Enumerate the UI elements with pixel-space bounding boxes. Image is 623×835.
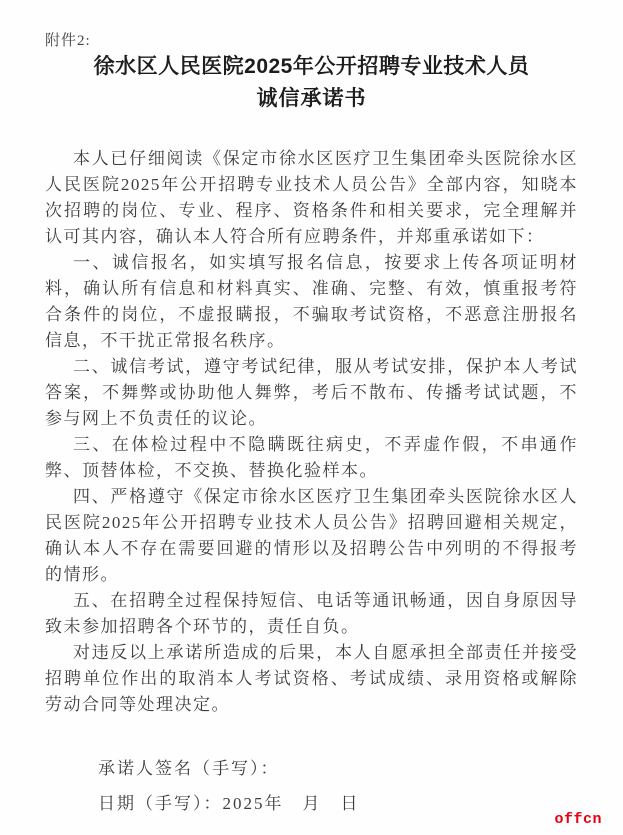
paragraph-intro: 本人已仔细阅读《保定市徐水区医疗卫生集团牵头医院徐水区人民医院2025年公开招聘… — [45, 146, 578, 250]
paragraph-item-2: 二、诚信考试，遵守考试纪律，服从考试安排，保护本人考试答案，不舞弊或协助他人舞弊… — [45, 354, 578, 432]
signature-date-label: 日期（手写）：2025年 月 日 — [98, 793, 360, 815]
document-body: 本人已仔细阅读《保定市徐水区医疗卫生集团牵头医院徐水区人民医院2025年公开招聘… — [45, 146, 578, 718]
paragraph-item-1: 一、诚信报名，如实填写报名信息，按要求上传各项证明材料，确认所有信息和材料真实、… — [45, 250, 578, 354]
paragraph-item-5: 五、在招聘全过程保持短信、电话等通讯畅通，因自身原因导致未参加招聘各个环节的，责… — [45, 588, 578, 640]
signature-block: 承诺人签名（手写）： 日期（手写）：2025年 月 日 — [98, 758, 360, 815]
offcn-logo: offcn — [554, 811, 602, 828]
document-title-line1: 徐水区人民医院2025年公开招聘专业技术人员 — [0, 54, 623, 80]
document-page: 附件2: 徐水区人民医院2025年公开招聘专业技术人员 诚信承诺书 本人已仔细阅… — [0, 0, 623, 835]
signature-name-label: 承诺人签名（手写）： — [98, 758, 360, 780]
paragraph-item-3: 三、在体检过程中不隐瞒既往病史，不弄虚作假，不串通作弊、顶替体检，不交换、替换化… — [45, 432, 578, 484]
paragraph-closing: 对违反以上承诺所造成的后果，本人自愿承担全部责任并接受招聘单位作出的取消本人考试… — [45, 640, 578, 718]
paragraph-item-4: 四、严格遵守《保定市徐水区医疗卫生集团牵头医院徐水区人民医院2025年公开招聘专… — [45, 484, 578, 588]
attachment-label: 附件2: — [45, 29, 91, 50]
document-title-line2: 诚信承诺书 — [0, 86, 623, 112]
document-title: 徐水区人民医院2025年公开招聘专业技术人员 诚信承诺书 — [0, 54, 623, 112]
